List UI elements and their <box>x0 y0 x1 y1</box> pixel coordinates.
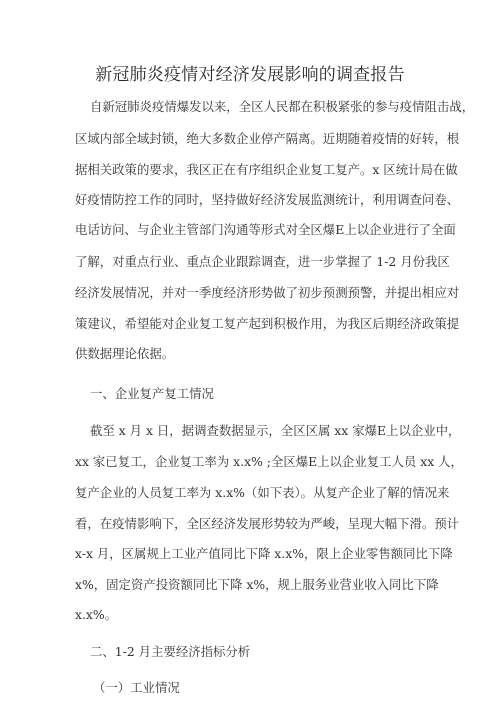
paragraph-1-line-1: 自新冠肺炎疫情爆发以来，全区人民都在积极紧张的参与疫情阻击战， <box>90 99 450 115</box>
paragraph-2-line-1: 截至 x 月 x 日，据调查数据显示，全区区属 xx 家爆E上以企业中， <box>90 423 450 439</box>
paragraph-2-line-3: 复产企业的人员复工率为 x.x%（如下表）。从复产企业了解的情况来 <box>75 485 435 501</box>
document-page: 新冠肺炎疫情对经济发展影响的调查报告 自新冠肺炎疫情爆发以来，全区人民都在积极紧… <box>0 0 500 707</box>
paragraph-2-line-5: x-x 月，区属规上工业产值同比下降 x.x%，限上企业零售额同比下降 <box>75 546 435 562</box>
paragraph-2-line-6: x%，固定资产投资额同比下降 x%，规上服务业营业收入同比下降 <box>75 577 435 593</box>
paragraph-2-line-2: xx 家已复工，企业复工率为 x.x% ;全区爆E上以企业复工人员 xx 人， <box>75 454 435 470</box>
paragraph-1-line-9: 供数据理论依据。 <box>75 346 435 362</box>
paragraph-1-line-2: 区域内部全域封锁，绝大多数企业停产隔离。近期随着疫情的好转，根 <box>75 131 435 147</box>
paragraph-1-line-8: 策建议，希望能对企业复工复产起到积极作用，为我区后期经济政策提 <box>75 316 435 332</box>
paragraph-2-line-7: x.x%。 <box>75 607 435 623</box>
paragraph-1-line-6: 了解，对重点行业、重点企业跟踪调查，进一步掌握了 1-2 月份我区 <box>75 254 435 270</box>
section-heading-2: 二、1-2 月主要经济指标分析 <box>90 644 250 660</box>
section-heading-1: 一、企业复产复工情况 <box>90 386 214 402</box>
paragraph-1-line-7: 经济发展情况，并对一季度经济形势做了初步预测预警，并提出相应对 <box>75 285 435 301</box>
paragraph-2-line-4: 看，在疫情影响下，全区经济发展形势较为严峻，呈现大幅下滑。预计 <box>75 516 435 532</box>
paragraph-1-line-5: 电话访问、与企业主管部门沟通等形式对全区爆E上以企业进行了全面 <box>75 222 435 238</box>
document-title: 新冠肺炎疫情对经济发展影响的调查报告 <box>0 60 500 85</box>
paragraph-1-line-4: 好疫情防控工作的同时，坚持做好经济发展监测统计，利用调查问卷、 <box>75 192 435 208</box>
subsection-heading-1: （一）工业情况 <box>93 680 180 696</box>
paragraph-1-line-3: 据相关政策的要求，我区正在有序组织企业复工复产。x 区统计局在做 <box>75 162 435 178</box>
